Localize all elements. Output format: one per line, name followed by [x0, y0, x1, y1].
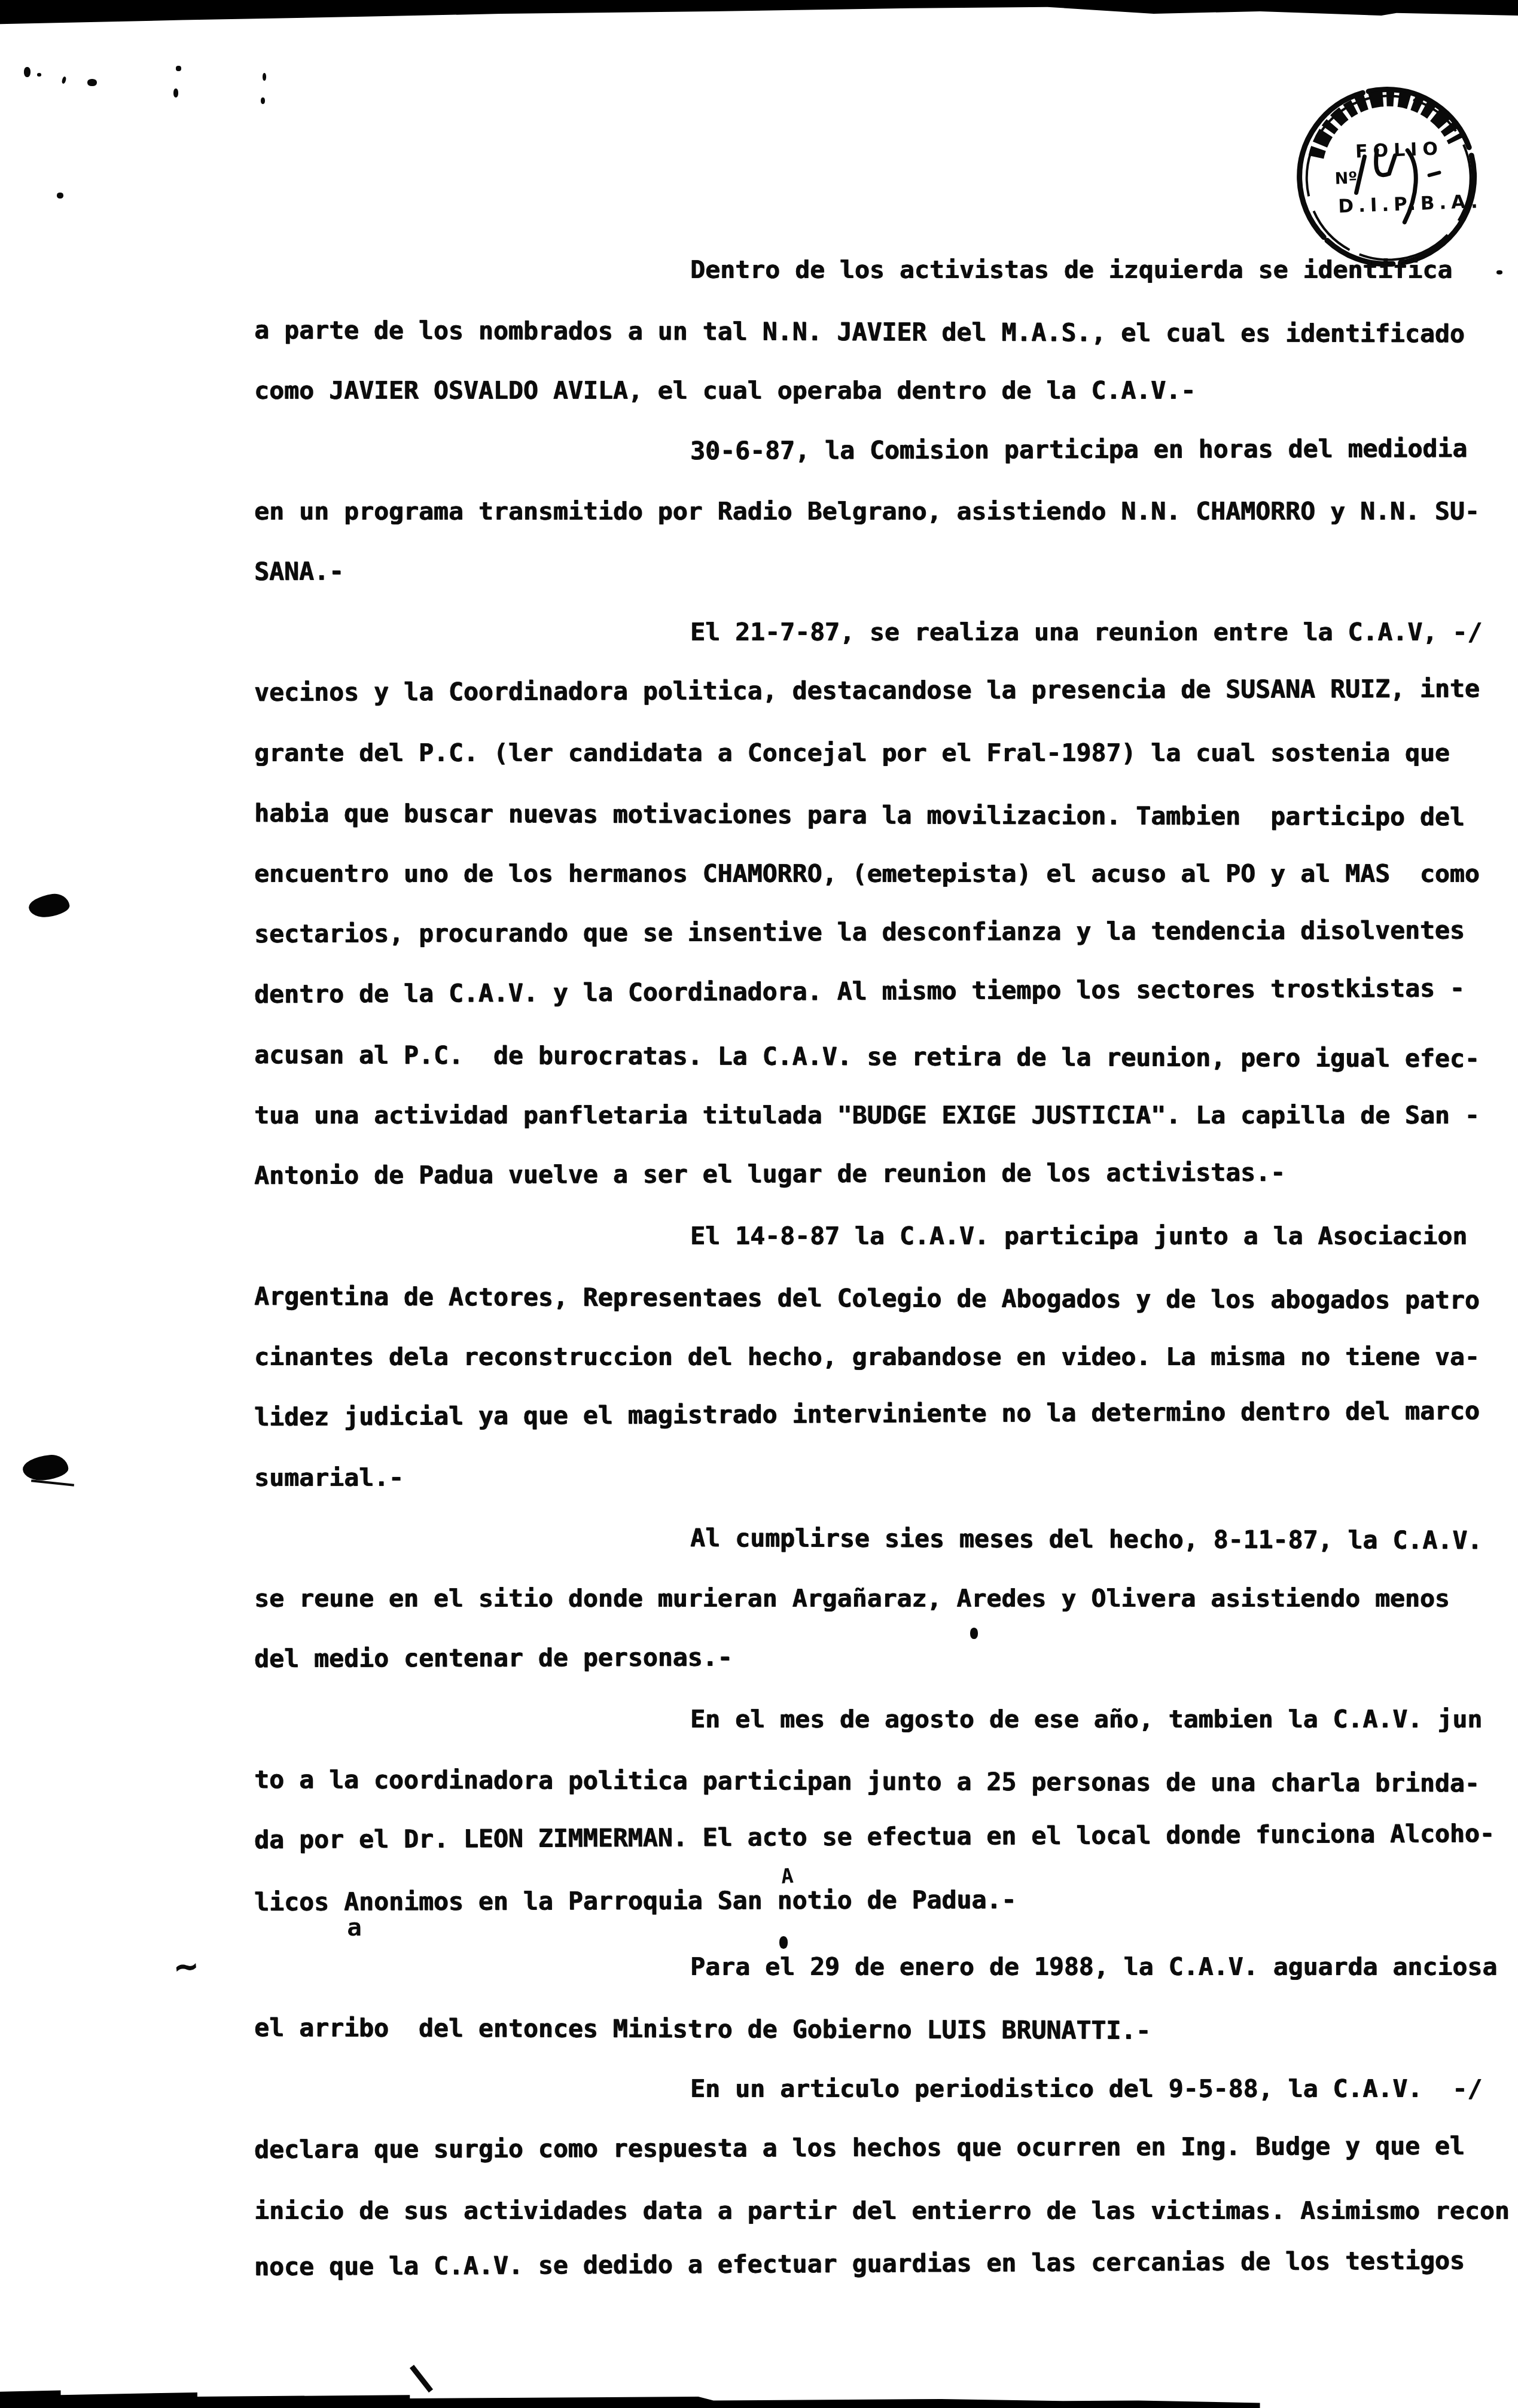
margin-blob-tail [31, 1479, 74, 1487]
doc-line: to a la coordinadora politica participan… [254, 1767, 1480, 1796]
doc-line: tua una actividad panfletaria titulada "… [254, 1103, 1480, 1128]
doc-line: dentro de la C.A.V. y la Coordinadora. A… [254, 975, 1465, 1006]
doc-line: el arribo del entonces Ministro de Gobie… [254, 2015, 1151, 2043]
doc-line: vecinos y la Coordinadora politica, dest… [254, 676, 1480, 705]
ink-speck [24, 67, 31, 77]
doc-line: grante del P.C. (ler candidata a Conceja… [254, 740, 1450, 765]
doc-line: licos Anonimos en la Parroquia San notio… [254, 1887, 1016, 1915]
ink-splat [970, 1628, 978, 1639]
ink-speck [87, 79, 97, 86]
doc-line: En un articulo periodistico del 9-5-88, … [690, 2076, 1482, 2101]
doc-line: noce que la C.A.V. se dedido a efectuar … [254, 2248, 1465, 2279]
doc-line: se reune en el sitio donde murieran Arga… [254, 1586, 1450, 1611]
doc-line: sectarios, procurando que se insentive l… [254, 918, 1465, 947]
ink-speck [263, 73, 266, 81]
ink-speck [173, 88, 178, 97]
doc-line: Argentina de Actores, Representaes del C… [254, 1284, 1480, 1313]
doc-line: inicio de sus actividades data a partir … [254, 2198, 1510, 2223]
margin-tilde-mark: ~ [172, 1943, 200, 1990]
top-scan-edge [0, 0, 1518, 25]
ink-speck [62, 76, 67, 84]
ink-speck [261, 97, 265, 104]
doc-line: El 21-7-87, se realiza una reunion entre… [690, 619, 1482, 645]
bottom-tick-mark [410, 2365, 433, 2393]
ink-speck [57, 193, 63, 199]
doc-line: sumarial.- [254, 1465, 404, 1490]
doc-line: 30-6-87, la Comision participa en horas … [690, 436, 1467, 463]
scanned-document-page: { "page": { "background_color": "#ffffff… [0, 0, 1518, 2408]
correction-letter: a [347, 1912, 362, 1942]
doc-line: habia que buscar nuevas motivaciones par… [254, 801, 1465, 829]
doc-line: como JAVIER OSVALDO AVILA, el cual opera… [254, 378, 1196, 403]
doc-line: encuentro uno de los hermanos CHAMORRO, … [254, 861, 1480, 886]
doc-line: del medio centenar de personas.- [254, 1644, 733, 1671]
doc-line: da por el Dr. LEON ZIMMERMAN. El acto se… [254, 1821, 1495, 1852]
doc-line: acusan al P.C. de burocratas. La C.A.V. … [254, 1042, 1480, 1071]
doc-line: Antonio de Padua vuelve a ser el lugar d… [254, 1160, 1285, 1188]
doc-line: lidez judicial ya que el magistrado inte… [254, 1398, 1480, 1429]
margin-ink-blob [28, 892, 71, 919]
doc-line: En el mes de agosto de ese año, tambien … [690, 1707, 1482, 1732]
doc-line: Para el 29 de enero de 1988, la C.A.V. a… [690, 1954, 1497, 1979]
stamp-number-label: Nº [1334, 169, 1358, 188]
stamp-folio-label: FOLIO [1355, 138, 1444, 162]
doc-line: a parte de los nombrados a un tal N.N. J… [254, 318, 1465, 346]
ink-speck [37, 73, 41, 77]
doc-line: El 14-8-87 la C.A.V. participa junto a l… [690, 1223, 1467, 1249]
ink-speck [176, 66, 181, 71]
ink-splat [779, 1936, 788, 1949]
doc-line: Dentro de los activistas de izquierda se… [690, 257, 1452, 282]
doc-line: SANA.- [254, 558, 344, 584]
doc-line: en un programa transmitido por Radio Bel… [254, 499, 1480, 524]
doc-line: Al cumplirse sies meses del hecho, 8-11-… [690, 1525, 1482, 1553]
doc-line: cinantes dela reconstruccion del hecho, … [254, 1344, 1480, 1369]
doc-line: declara que surgio como respuesta a los … [254, 2134, 1465, 2162]
margin-ink-blob [22, 1453, 69, 1482]
bottom-scan-edge [0, 2383, 1518, 2408]
